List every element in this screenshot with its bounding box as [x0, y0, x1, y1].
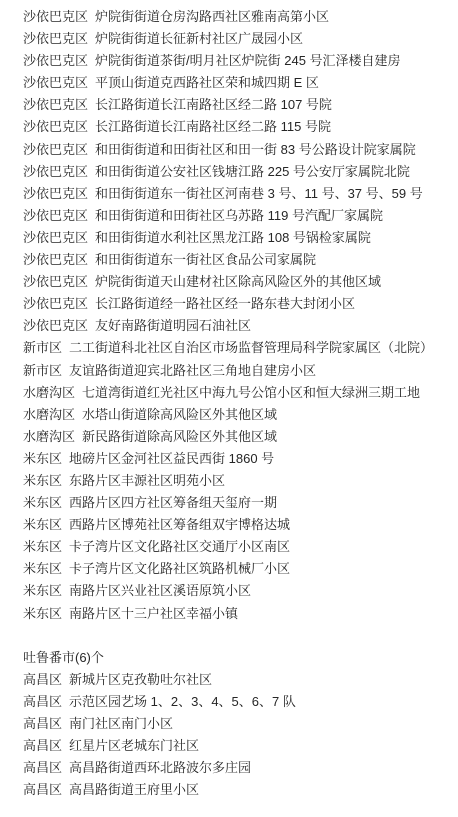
risk-area-row: 沙依巴克区长江路街道经一路社区经一路东巷大封闭小区 [23, 293, 450, 315]
area-label: 长江路街道长江南路社区经二路 115 号院 [95, 119, 331, 134]
risk-area-row: 高昌区南门社区南门小区 [23, 713, 450, 735]
risk-area-row: 新市区友谊路街道迎宾北路社区三角地自建房小区 [23, 360, 450, 382]
area-label: 南路片区兴业社区溪语原筑小区 [69, 583, 251, 598]
risk-area-row: 沙依巴克区和田街街道水利社区黑龙江路 108 号锅检家属院 [23, 227, 450, 249]
area-label: 炉院街街道茶街/明月社区炉院街 245 号汇泽楼自建房 [95, 53, 401, 68]
area-label: 新城片区克孜勒吐尔社区 [69, 672, 212, 687]
area-label: 西路片区四方社区筹备组天玺府一期 [69, 495, 277, 510]
district-label: 沙依巴克区 [23, 94, 88, 116]
district-label: 沙依巴克区 [23, 315, 88, 337]
district-label: 沙依巴克区 [23, 72, 88, 94]
area-label: 卡子湾片区文化路社区筑路机械厂小区 [69, 561, 290, 576]
risk-area-document: 沙依巴克区炉院街街道仓房沟路西社区雅南高第小区 沙依巴克区炉院街街道长征新村社区… [0, 0, 458, 801]
district-label: 新市区 [23, 360, 62, 382]
district-label: 沙依巴克区 [23, 183, 88, 205]
area-label: 新民路街道除高风险区外其他区域 [82, 429, 277, 444]
district-label: 沙依巴克区 [23, 271, 88, 293]
district-label: 沙依巴克区 [23, 28, 88, 50]
risk-area-row: 沙依巴克区和田街街道公安社区钱塘江路 225 号公安厅家属院北院 [23, 161, 450, 183]
area-label: 西路片区博苑社区筹备组双宇博格达城 [69, 517, 290, 532]
area-label: 和田街街道公安社区钱塘江路 225 号公安厅家属院北院 [95, 164, 410, 179]
district-label: 沙依巴克区 [23, 50, 88, 72]
turpan-section-title: 吐鲁番市(6)个 [23, 647, 450, 669]
area-label: 友谊路街道迎宾北路社区三角地自建房小区 [69, 363, 316, 378]
area-label: 和田街街道东一街社区河南巷 3 号、11 号、37 号、59 号 [95, 186, 423, 201]
area-label: 七道湾街道红光社区中海九号公馆小区和恒大绿洲三期工地 [82, 385, 420, 400]
area-label: 和田街街道水利社区黑龙江路 108 号锅检家属院 [95, 230, 371, 245]
district-label: 高昌区 [23, 779, 62, 801]
district-label: 高昌区 [23, 757, 62, 779]
risk-area-row: 高昌区红星片区老城东门社区 [23, 735, 450, 757]
risk-area-row: 沙依巴克区长江路街道长江南路社区经二路 107 号院 [23, 94, 450, 116]
district-label: 高昌区 [23, 691, 62, 713]
district-label: 沙依巴克区 [23, 161, 88, 183]
area-label: 水塔山街道除高风险区外其他区域 [82, 407, 277, 422]
risk-area-row: 米东区南路片区兴业社区溪语原筑小区 [23, 580, 450, 602]
area-label: 二工街道科北社区自治区市场监督管理局科学院家属区（北院） [69, 340, 433, 355]
district-label: 沙依巴克区 [23, 293, 88, 315]
district-label: 沙依巴克区 [23, 6, 88, 28]
risk-area-row: 米东区地磅片区金河社区益民西街 1860 号 [23, 448, 450, 470]
area-label: 炉院街街道长征新村社区广晟园小区 [95, 31, 303, 46]
risk-area-row: 米东区西路片区四方社区筹备组天玺府一期 [23, 492, 450, 514]
area-label: 高昌路街道西环北路波尔多庄园 [69, 760, 251, 775]
district-label: 米东区 [23, 470, 62, 492]
risk-area-row: 米东区南路片区十三户社区幸福小镇 [23, 603, 450, 625]
area-label: 南门社区南门小区 [69, 716, 173, 731]
risk-area-row: 沙依巴克区和田街街道和田街社区和田一街 83 号公路设计院家属院 [23, 139, 450, 161]
area-label: 卡子湾片区文化路社区交通厅小区南区 [69, 539, 290, 554]
risk-area-row: 沙依巴克区友好南路街道明园石油社区 [23, 315, 450, 337]
area-label: 地磅片区金河社区益民西街 1860 号 [69, 451, 274, 466]
area-label: 友好南路街道明园石油社区 [95, 318, 251, 333]
district-label: 米东区 [23, 492, 62, 514]
risk-area-row: 新市区二工街道科北社区自治区市场监督管理局科学院家属区（北院） [23, 337, 450, 359]
district-label: 米东区 [23, 536, 62, 558]
district-label: 水磨沟区 [23, 404, 75, 426]
risk-area-row: 高昌区高昌路街道西环北路波尔多庄园 [23, 757, 450, 779]
area-label: 炉院街街道仓房沟路西社区雅南高第小区 [95, 9, 329, 24]
risk-area-row: 沙依巴克区平顶山街道克西路社区荣和城四期 E 区 [23, 72, 450, 94]
district-label: 米东区 [23, 448, 62, 470]
turpan-risk-area-list: 高昌区新城片区克孜勒吐尔社区 高昌区示范区园艺场 1、2、3、4、5、6、7 队… [23, 669, 450, 802]
risk-area-row: 沙依巴克区长江路街道长江南路社区经二路 115 号院 [23, 116, 450, 138]
risk-area-row: 米东区西路片区博苑社区筹备组双宇博格达城 [23, 514, 450, 536]
area-label: 和田街街道和田街社区乌苏路 119 号汽配厂家属院 [95, 208, 383, 223]
urumqi-risk-area-list: 沙依巴克区炉院街街道仓房沟路西社区雅南高第小区 沙依巴克区炉院街街道长征新村社区… [23, 6, 450, 625]
risk-area-row: 水磨沟区新民路街道除高风险区外其他区域 [23, 426, 450, 448]
area-label: 长江路街道长江南路社区经二路 107 号院 [95, 97, 332, 112]
area-label: 和田街街道和田街社区和田一街 83 号公路设计院家属院 [95, 142, 416, 157]
district-label: 沙依巴克区 [23, 205, 88, 227]
risk-area-row: 沙依巴克区炉院街街道仓房沟路西社区雅南高第小区 [23, 6, 450, 28]
district-label: 沙依巴克区 [23, 116, 88, 138]
risk-area-row: 沙依巴克区炉院街街道天山建材社区除高风险区外的其他区域 [23, 271, 450, 293]
area-label: 炉院街街道天山建材社区除高风险区外的其他区域 [95, 274, 381, 289]
area-label: 示范区园艺场 1、2、3、4、5、6、7 队 [69, 694, 296, 709]
district-label: 米东区 [23, 580, 62, 602]
risk-area-row: 沙依巴克区炉院街街道茶街/明月社区炉院街 245 号汇泽楼自建房 [23, 50, 450, 72]
risk-area-row: 高昌区新城片区克孜勒吐尔社区 [23, 669, 450, 691]
area-label: 红星片区老城东门社区 [69, 738, 199, 753]
district-label: 高昌区 [23, 669, 62, 691]
area-label: 高昌路街道王府里小区 [69, 782, 199, 797]
risk-area-row: 沙依巴克区和田街街道和田街社区乌苏路 119 号汽配厂家属院 [23, 205, 450, 227]
risk-area-row: 沙依巴克区和田街街道东一街社区食品公司家属院 [23, 249, 450, 271]
district-label: 沙依巴克区 [23, 139, 88, 161]
district-label: 高昌区 [23, 713, 62, 735]
risk-area-row: 水磨沟区水塔山街道除高风险区外其他区域 [23, 404, 450, 426]
area-label: 东路片区丰源社区明苑小区 [69, 473, 225, 488]
district-label: 高昌区 [23, 735, 62, 757]
district-label: 米东区 [23, 603, 62, 625]
risk-area-row: 高昌区高昌路街道王府里小区 [23, 779, 450, 801]
district-label: 米东区 [23, 558, 62, 580]
risk-area-row: 沙依巴克区炉院街街道长征新村社区广晟园小区 [23, 28, 450, 50]
risk-area-row: 米东区卡子湾片区文化路社区交通厅小区南区 [23, 536, 450, 558]
area-label: 南路片区十三户社区幸福小镇 [69, 606, 238, 621]
district-label: 米东区 [23, 514, 62, 536]
district-label: 水磨沟区 [23, 382, 75, 404]
district-label: 新市区 [23, 337, 62, 359]
risk-area-row: 米东区东路片区丰源社区明苑小区 [23, 470, 450, 492]
district-label: 水磨沟区 [23, 426, 75, 448]
area-label: 平顶山街道克西路社区荣和城四期 E 区 [95, 75, 319, 90]
risk-area-row: 水磨沟区七道湾街道红光社区中海九号公馆小区和恒大绿洲三期工地 [23, 382, 450, 404]
area-label: 和田街街道东一街社区食品公司家属院 [95, 252, 316, 267]
area-label: 长江路街道经一路社区经一路东巷大封闭小区 [95, 296, 355, 311]
risk-area-row: 高昌区示范区园艺场 1、2、3、4、5、6、7 队 [23, 691, 450, 713]
district-label: 沙依巴克区 [23, 249, 88, 271]
district-label: 沙依巴克区 [23, 227, 88, 249]
risk-area-row: 米东区卡子湾片区文化路社区筑路机械厂小区 [23, 558, 450, 580]
risk-area-row: 沙依巴克区和田街街道东一街社区河南巷 3 号、11 号、37 号、59 号 [23, 183, 450, 205]
